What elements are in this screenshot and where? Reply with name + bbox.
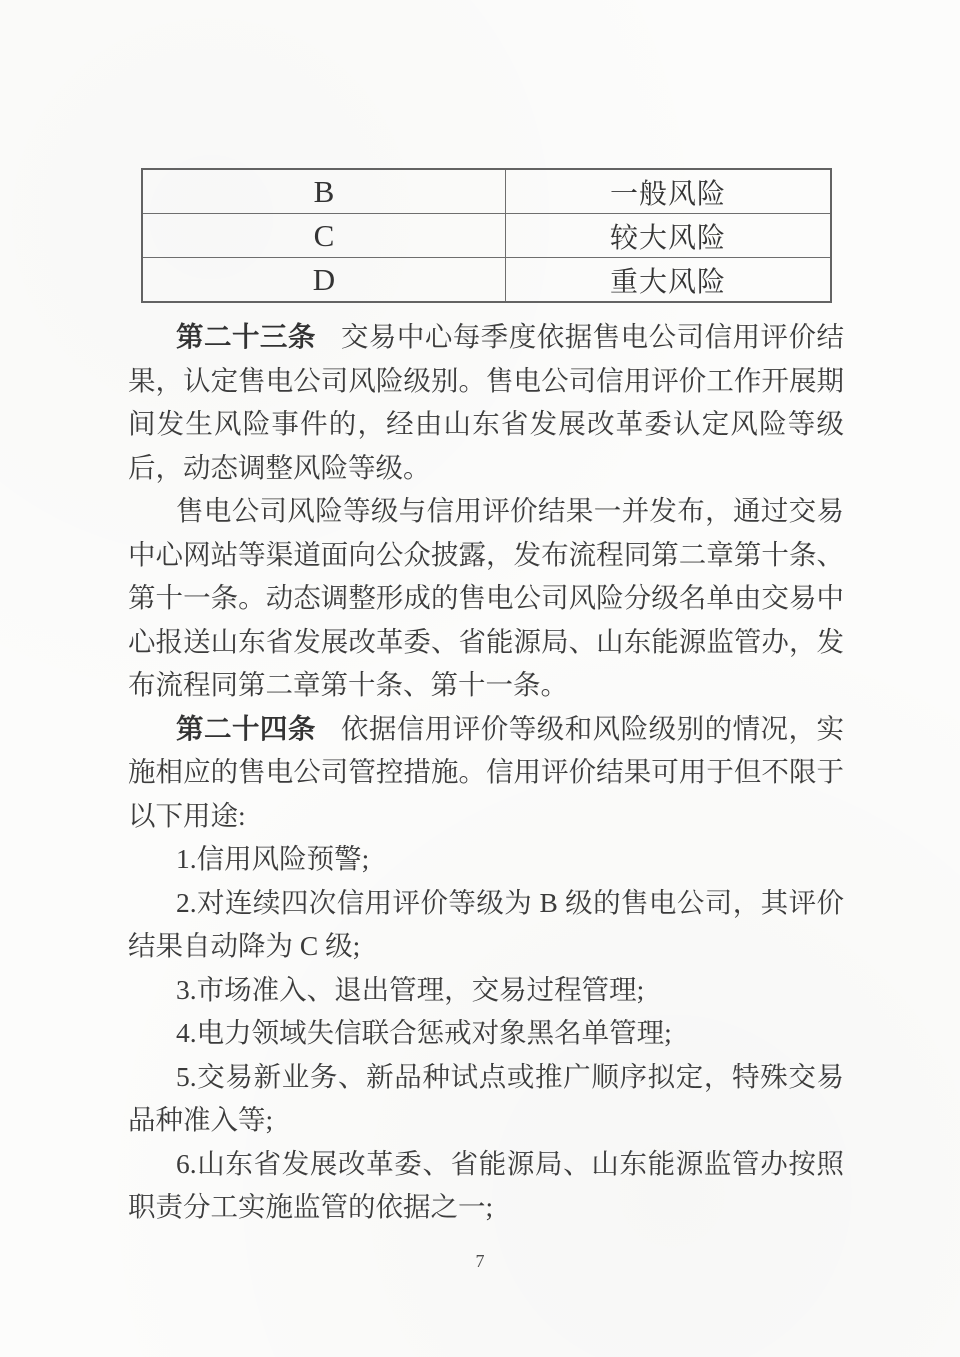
publish-paragraph: 售电公司风险等级与信用评价结果一并发布，通过交易中心网站等渠道面向公众披露，发布… xyxy=(128,489,844,707)
risk-level-table: B 一般风险 C 较大风险 D 重大风险 xyxy=(141,168,832,303)
use-item-2: 2.对连续四次信用评价等级为 B 级的售电公司，其评价结果自动降为 C 级; xyxy=(128,881,844,968)
risk-cell: 一般风险 xyxy=(506,169,832,214)
document-page: B 一般风险 C 较大风险 D 重大风险 第二十三条交易中心每季度依据售电公司信… xyxy=(0,0,960,1357)
risk-cell: 较大风险 xyxy=(506,214,832,258)
article-24-number: 第二十四条 xyxy=(176,713,316,744)
grade-cell: C xyxy=(142,214,506,258)
use-item-3: 3.市场准入、退出管理，交易过程管理; xyxy=(128,968,844,1012)
document-body: 第二十三条交易中心每季度依据售电公司信用评价结果，认定售电公司风险级别。售电公司… xyxy=(128,295,844,1229)
article-24-paragraph: 第二十四条依据信用评价等级和风险级别的情况，实施相应的售电公司管控措施。信用评价… xyxy=(128,707,844,838)
grade-cell: B xyxy=(142,169,506,214)
article-23-number: 第二十三条 xyxy=(176,321,316,352)
page-number: 7 xyxy=(0,1251,960,1272)
table-row: C 较大风险 xyxy=(142,214,831,258)
use-item-1: 1.信用风险预警; xyxy=(128,837,844,881)
use-item-5: 5.交易新业务、新品种试点或推广顺序拟定，特殊交易品种准入等; xyxy=(128,1055,844,1142)
article-23-paragraph: 第二十三条交易中心每季度依据售电公司信用评价结果，认定售电公司风险级别。售电公司… xyxy=(128,315,844,489)
use-item-6: 6.山东省发展改革委、省能源局、山东能源监管办按照职责分工实施监管的依据之一; xyxy=(128,1142,844,1229)
use-item-4: 4.电力领域失信联合惩戒对象黑名单管理; xyxy=(128,1011,844,1055)
table-row: B 一般风险 xyxy=(142,169,831,214)
